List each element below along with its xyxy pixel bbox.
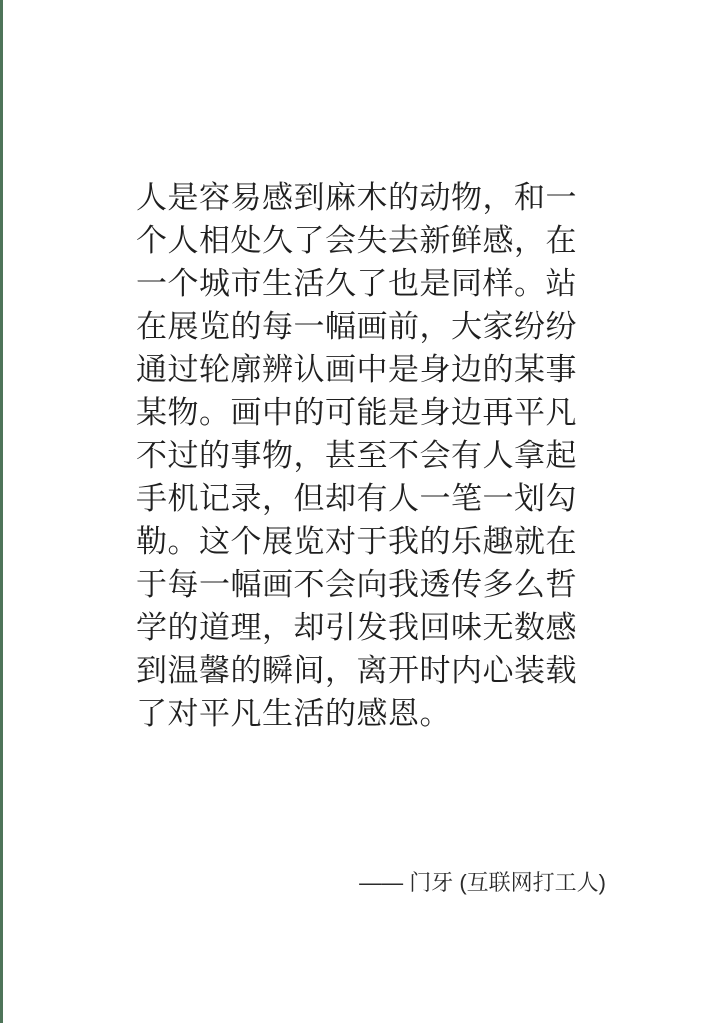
quote-line: 通过轮廓辨认画中是身边的某事 xyxy=(136,348,608,391)
quote-line: 个人相处久了会失去新鲜感，在 xyxy=(136,219,608,262)
quote-line: 在展览的每一幅画前，大家纷纷 xyxy=(136,305,608,348)
quote-line: 了对平凡生活的感恩。 xyxy=(136,692,608,735)
quote-line: 手机记录，但却有人一笔一划勾 xyxy=(136,477,608,520)
left-accent-stripe xyxy=(0,0,3,1023)
quote-card: 人是容易感到麻木的动物，和一个人相处久了会失去新鲜感，在一个城市生活久了也是同样… xyxy=(0,0,724,1023)
quote-line: 一个城市生活久了也是同样。站 xyxy=(136,262,608,305)
quote-line: 到温馨的瞬间，离开时内心装载 xyxy=(136,649,608,692)
quote-line: 学的道理，却引发我回味无数感 xyxy=(136,606,608,649)
quote-paragraph: 人是容易感到麻木的动物，和一个人相处久了会失去新鲜感，在一个城市生活久了也是同样… xyxy=(136,176,608,735)
quote-line: 于每一幅画不会向我透传多么哲 xyxy=(136,563,608,606)
quote-line: 人是容易感到麻木的动物，和一 xyxy=(136,176,608,219)
quote-line: 不过的事物，甚至不会有人拿起 xyxy=(136,434,608,477)
attribution-line: —— 门牙 (互联网打工人) xyxy=(359,868,606,898)
quote-line: 某物。画中的可能是身边再平凡 xyxy=(136,391,608,434)
quote-line: 勒。这个展览对于我的乐趣就在 xyxy=(136,520,608,563)
